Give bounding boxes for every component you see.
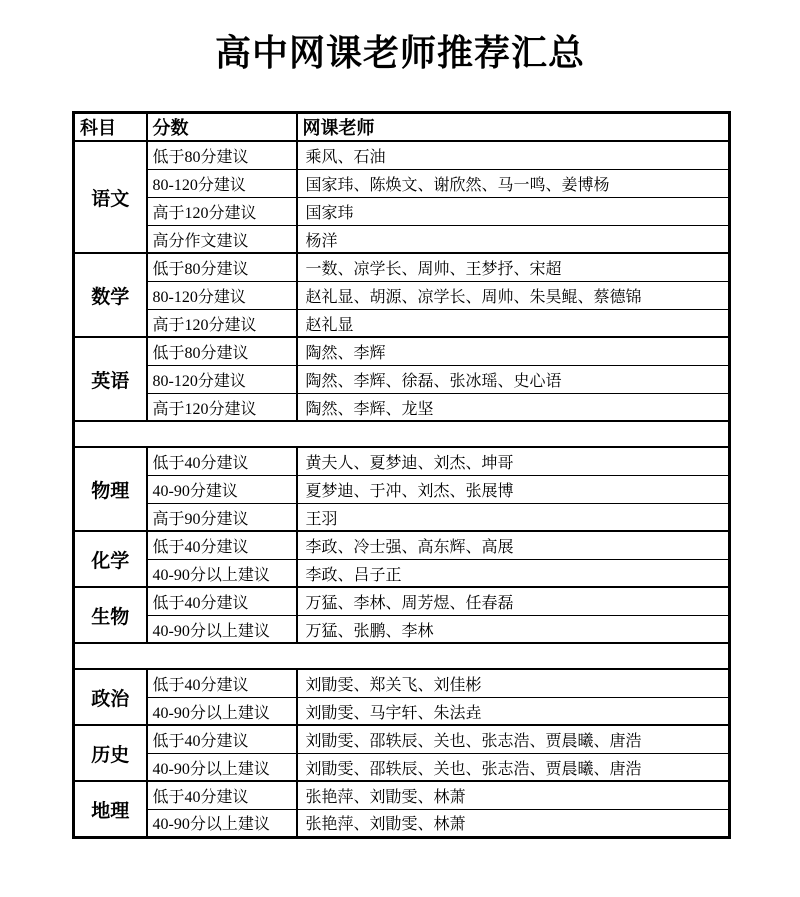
subject-group: 历史低于40分建议刘勖雯、邵轶辰、关也、张志浩、贾晨曦、唐浩40-90分以上建议…: [74, 725, 730, 781]
subject-cell: 数学: [74, 253, 147, 337]
subject-cell: 化学: [74, 531, 147, 587]
page: 高中网课老师推荐汇总 科目 分数 网课老师 语文低于80分建议乘风、石油80-1…: [0, 0, 800, 897]
teachers-cell: 李政、冷士强、高东辉、高展: [297, 531, 730, 559]
teachers-cell: 陶然、李辉、徐磊、张冰瑶、史心语: [297, 365, 730, 393]
subject-cell: 物理: [74, 447, 147, 531]
subject-group: 地理低于40分建议张艳萍、刘勖雯、林萧40-90分以上建议张艳萍、刘勖雯、林萧: [74, 781, 730, 837]
header-teachers: 网课老师: [297, 113, 730, 142]
teachers-cell: 张艳萍、刘勖雯、林萧: [297, 781, 730, 809]
score-cell: 40-90分以上建议: [147, 559, 297, 587]
table-row: 英语低于80分建议陶然、李辉: [74, 337, 730, 365]
score-cell: 低于80分建议: [147, 141, 297, 169]
score-cell: 高于120分建议: [147, 309, 297, 337]
subject-cell: 生物: [74, 587, 147, 643]
table-row: 高于90分建议王羽: [74, 503, 730, 531]
table-row: 高分作文建议杨洋: [74, 225, 730, 253]
table-row: 40-90分建议夏梦迪、于冲、刘杰、张展博: [74, 475, 730, 503]
score-cell: 低于40分建议: [147, 725, 297, 753]
score-cell: 低于80分建议: [147, 253, 297, 281]
subject-cell: 地理: [74, 781, 147, 837]
teachers-cell: 刘勖雯、郑关飞、刘佳彬: [297, 669, 730, 697]
subject-group: 数学低于80分建议一数、凉学长、周帅、王梦抒、宋超80-120分建议赵礼显、胡源…: [74, 253, 730, 337]
spacer-cell: [74, 643, 730, 669]
score-cell: 80-120分建议: [147, 281, 297, 309]
page-title: 高中网课老师推荐汇总: [0, 0, 800, 73]
table-row: 40-90分以上建议张艳萍、刘勖雯、林萧: [74, 809, 730, 837]
score-cell: 高于120分建议: [147, 197, 297, 225]
teachers-cell: 乘风、石油: [297, 141, 730, 169]
table-row: 80-120分建议国家玮、陈焕文、谢欣然、马一鸣、姜博杨: [74, 169, 730, 197]
spacer-section: [74, 421, 730, 447]
teachers-cell: 国家玮、陈焕文、谢欣然、马一鸣、姜博杨: [297, 169, 730, 197]
subject-cell: 语文: [74, 141, 147, 253]
score-cell: 40-90分建议: [147, 475, 297, 503]
score-cell: 低于40分建议: [147, 781, 297, 809]
spacer-row: [74, 643, 730, 669]
subject-cell: 历史: [74, 725, 147, 781]
teachers-cell: 赵礼显、胡源、凉学长、周帅、朱昊鲲、蔡德锦: [297, 281, 730, 309]
teachers-cell: 陶然、李辉: [297, 337, 730, 365]
table-row: 生物低于40分建议万猛、李林、周芳煜、任春磊: [74, 587, 730, 615]
teacher-recommendation-table: 科目 分数 网课老师 语文低于80分建议乘风、石油80-120分建议国家玮、陈焕…: [72, 111, 731, 839]
table-row: 80-120分建议陶然、李辉、徐磊、张冰瑶、史心语: [74, 365, 730, 393]
teachers-cell: 刘勖雯、邵轶辰、关也、张志浩、贾晨曦、唐浩: [297, 753, 730, 781]
header-score: 分数: [147, 113, 297, 142]
subject-group: 语文低于80分建议乘风、石油80-120分建议国家玮、陈焕文、谢欣然、马一鸣、姜…: [74, 141, 730, 253]
table-row: 政治低于40分建议刘勖雯、郑关飞、刘佳彬: [74, 669, 730, 697]
score-cell: 高于120分建议: [147, 393, 297, 421]
table-row: 语文低于80分建议乘风、石油: [74, 141, 730, 169]
table-row: 80-120分建议赵礼显、胡源、凉学长、周帅、朱昊鲲、蔡德锦: [74, 281, 730, 309]
table-header-row: 科目 分数 网课老师: [74, 113, 730, 142]
score-cell: 低于40分建议: [147, 587, 297, 615]
teachers-cell: 张艳萍、刘勖雯、林萧: [297, 809, 730, 837]
teachers-cell: 王羽: [297, 503, 730, 531]
subject-group: 政治低于40分建议刘勖雯、郑关飞、刘佳彬40-90分以上建议刘勖雯、马宇轩、朱法…: [74, 669, 730, 725]
table-row: 高于120分建议国家玮: [74, 197, 730, 225]
table-row: 40-90分以上建议李政、吕子正: [74, 559, 730, 587]
score-cell: 低于40分建议: [147, 531, 297, 559]
teachers-cell: 一数、凉学长、周帅、王梦抒、宋超: [297, 253, 730, 281]
score-cell: 低于40分建议: [147, 669, 297, 697]
table-row: 40-90分以上建议万猛、张鹏、李林: [74, 615, 730, 643]
table-row: 高于120分建议陶然、李辉、龙坚: [74, 393, 730, 421]
teachers-cell: 李政、吕子正: [297, 559, 730, 587]
score-cell: 高于90分建议: [147, 503, 297, 531]
subject-group: 化学低于40分建议李政、冷士强、高东辉、高展40-90分以上建议李政、吕子正: [74, 531, 730, 587]
spacer-section: [74, 643, 730, 669]
teachers-cell: 杨洋: [297, 225, 730, 253]
subject-group: 物理低于40分建议黄夫人、夏梦迪、刘杰、坤哥40-90分建议夏梦迪、于冲、刘杰、…: [74, 447, 730, 531]
score-cell: 低于40分建议: [147, 447, 297, 475]
subject-cell: 英语: [74, 337, 147, 421]
table-row: 物理低于40分建议黄夫人、夏梦迪、刘杰、坤哥: [74, 447, 730, 475]
spacer-cell: [74, 421, 730, 447]
subject-cell: 政治: [74, 669, 147, 725]
teachers-cell: 陶然、李辉、龙坚: [297, 393, 730, 421]
subject-group: 英语低于80分建议陶然、李辉80-120分建议陶然、李辉、徐磊、张冰瑶、史心语高…: [74, 337, 730, 421]
table-row: 40-90分以上建议刘勖雯、马宇轩、朱法垚: [74, 697, 730, 725]
score-cell: 40-90分以上建议: [147, 809, 297, 837]
score-cell: 低于80分建议: [147, 337, 297, 365]
score-cell: 40-90分以上建议: [147, 615, 297, 643]
teachers-cell: 夏梦迪、于冲、刘杰、张展博: [297, 475, 730, 503]
teachers-cell: 刘勖雯、马宇轩、朱法垚: [297, 697, 730, 725]
teachers-cell: 万猛、李林、周芳煜、任春磊: [297, 587, 730, 615]
table-row: 数学低于80分建议一数、凉学长、周帅、王梦抒、宋超: [74, 253, 730, 281]
table-row: 历史低于40分建议刘勖雯、邵轶辰、关也、张志浩、贾晨曦、唐浩: [74, 725, 730, 753]
table-row: 高于120分建议赵礼显: [74, 309, 730, 337]
subject-group: 生物低于40分建议万猛、李林、周芳煜、任春磊40-90分以上建议万猛、张鹏、李林: [74, 587, 730, 643]
teachers-cell: 刘勖雯、邵轶辰、关也、张志浩、贾晨曦、唐浩: [297, 725, 730, 753]
header-subject: 科目: [74, 113, 147, 142]
teachers-cell: 国家玮: [297, 197, 730, 225]
table-row: 40-90分以上建议刘勖雯、邵轶辰、关也、张志浩、贾晨曦、唐浩: [74, 753, 730, 781]
table-row: 地理低于40分建议张艳萍、刘勖雯、林萧: [74, 781, 730, 809]
spacer-row: [74, 421, 730, 447]
score-cell: 80-120分建议: [147, 365, 297, 393]
teachers-cell: 万猛、张鹏、李林: [297, 615, 730, 643]
teachers-cell: 赵礼显: [297, 309, 730, 337]
teachers-cell: 黄夫人、夏梦迪、刘杰、坤哥: [297, 447, 730, 475]
score-cell: 80-120分建议: [147, 169, 297, 197]
score-cell: 40-90分以上建议: [147, 753, 297, 781]
score-cell: 40-90分以上建议: [147, 697, 297, 725]
score-cell: 高分作文建议: [147, 225, 297, 253]
table-row: 化学低于40分建议李政、冷士强、高东辉、高展: [74, 531, 730, 559]
